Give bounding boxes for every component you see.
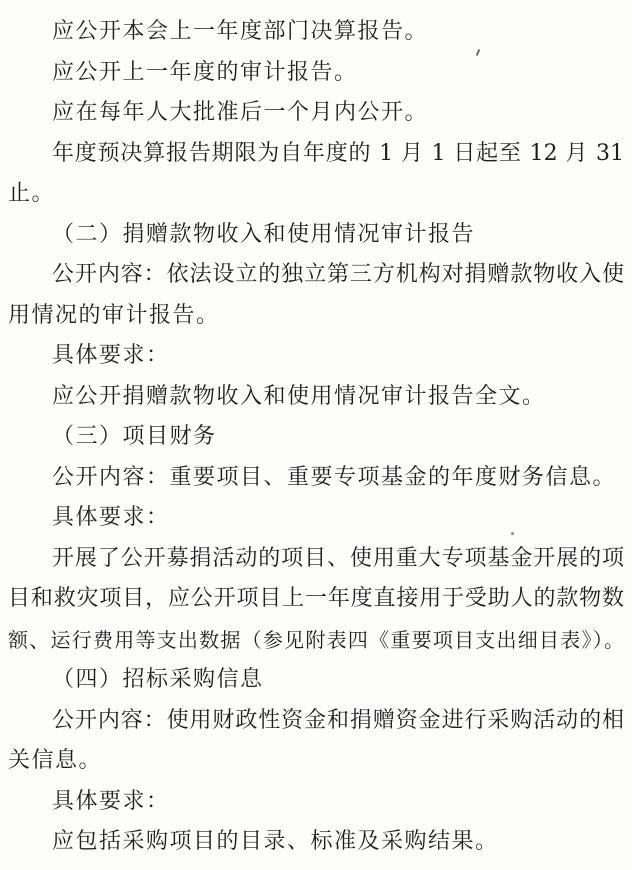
text-line: （三）项目财务 [8,417,624,458]
text-line: 应在每年人大批准后一个月内公开。 [8,93,624,134]
text-line: 目和救灾项目，应公开项目上一年度直接用于受助人的款物数 [8,579,624,620]
text-line: 用情况的审计报告。 [8,296,624,337]
text-line: 公开内容：依法设立的独立第三方机构对捐赠款物收入使 [8,255,624,296]
text-line: 具体要求： [8,782,624,823]
text-line: 年度预决算报告期限为自年度的 1 月 1 日起至 12 月 31 日 [8,134,624,175]
scan-speck [511,532,514,535]
text-line: 具体要求： [8,336,624,377]
text-line: 应包括采购项目的目录、标准及采购结果。 [8,822,624,863]
document-page: 应公开本会上一年度部门决算报告。应公开上一年度的审计报告。应在每年人大批准后一个… [0,0,632,870]
text-line: （四）招标采购信息 [8,660,624,701]
text-line: 具体要求： [8,498,624,539]
text-line: 公开内容：使用财政性资金和捐赠资金进行采购活动的相 [8,701,624,742]
scanned-document: { "page": { "background_color": "#fdfdfc… [0,0,632,870]
text-line: 关信息。 [8,741,624,782]
text-line: （二）捐赠款物收入和使用情况审计报告 [8,215,624,256]
text-line: 止。 [8,174,624,215]
document-text: 应公开本会上一年度部门决算报告。应公开上一年度的审计报告。应在每年人大批准后一个… [8,12,624,863]
text-line: 应公开捐赠款物收入和使用情况审计报告全文。 [8,377,624,418]
text-line: 开展了公开募捐活动的项目、使用重大专项基金开展的项 [8,539,624,580]
text-line: 公开内容：重要项目、重要专项基金的年度财务信息。 [8,458,624,499]
text-line: 额、运行费用等支出数据（参见附表四《重要项目支出细目表》）。 [8,620,624,661]
text-line: 应公开上一年度的审计报告。 [8,53,624,94]
text-line: 应公开本会上一年度部门决算报告。 [8,12,624,53]
